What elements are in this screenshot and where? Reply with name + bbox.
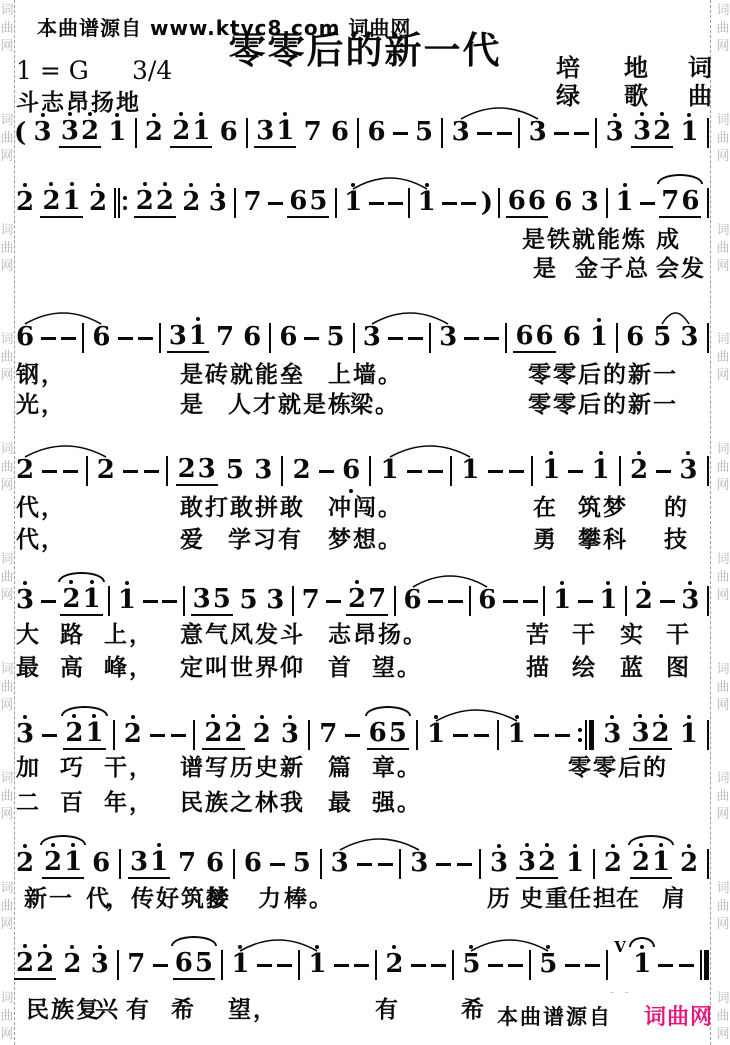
note: 2 — [14, 457, 36, 484]
note-digit: 6 — [288, 188, 308, 215]
note: 27 — [346, 586, 388, 616]
note: 3 — [527, 119, 549, 146]
octave-dot-above — [157, 843, 161, 847]
note-digits: 6 — [204, 850, 226, 877]
barline — [398, 849, 402, 879]
lyric-segment: 在 — [616, 886, 641, 911]
note-digits: 5 — [413, 119, 435, 146]
lyric-segment: 金子总 — [575, 256, 650, 281]
note-digit: 6 — [243, 850, 263, 877]
octave-dot-above — [23, 844, 27, 848]
duration-dash — [378, 863, 393, 866]
note-digit: 3 — [280, 721, 300, 748]
note-digit: 2 — [679, 850, 699, 877]
note-digit: 2 — [35, 950, 55, 977]
note: 31 — [254, 118, 296, 148]
duration-dash — [388, 202, 403, 205]
barline — [449, 456, 453, 486]
note: 3 — [329, 850, 351, 877]
barline — [498, 188, 500, 218]
watermark-char: 曲 — [716, 681, 729, 694]
duration-dash — [464, 337, 479, 340]
note-digit: 5 — [212, 586, 232, 613]
tie-hat — [657, 174, 703, 184]
note-digits: 3 — [32, 119, 54, 146]
octave-dot-above — [260, 715, 264, 719]
barline — [369, 456, 371, 486]
duration-dash — [431, 964, 446, 967]
note: 66 — [506, 188, 548, 218]
note-digits: 7 — [317, 721, 339, 748]
note-digits: 5 — [651, 324, 673, 351]
note-digit: 3 — [605, 119, 625, 146]
duration-dash — [574, 132, 589, 135]
barline — [281, 456, 283, 486]
note: 32 — [59, 118, 101, 148]
watermark-char: 网 — [0, 40, 13, 53]
barline — [625, 586, 627, 616]
barline — [497, 188, 501, 218]
duration-dash — [257, 964, 272, 967]
note-digits: 1 — [379, 457, 401, 484]
note-digit: 3 — [409, 850, 429, 877]
footer-brand-logo: 词曲网 — [644, 1000, 713, 1031]
lyric-segment: 上墙。 — [328, 362, 403, 387]
lyric-segment: 定叫世界仰 — [180, 655, 305, 680]
octave-dot-above — [686, 451, 690, 455]
note-digits: 3 — [279, 721, 301, 748]
watermark-text: 词曲网 — [716, 553, 729, 602]
duration-dash — [63, 470, 78, 473]
duration-dash — [523, 600, 538, 603]
octave-dot-above — [43, 944, 47, 948]
duration-dash — [138, 337, 153, 340]
barline — [504, 323, 508, 353]
octave-dot-above — [659, 714, 663, 718]
note-digits: 32 — [516, 849, 558, 879]
duration-dash — [640, 202, 655, 205]
barline — [594, 118, 598, 148]
barline — [86, 456, 88, 486]
note-digit: 3 — [197, 456, 217, 483]
note-digit: 2 — [15, 457, 35, 484]
duration-dash — [508, 964, 523, 967]
tie-hat — [628, 835, 674, 845]
duration-dash — [150, 734, 165, 737]
lyric-segment: 零零后的新一 — [528, 362, 678, 387]
barline — [595, 118, 597, 148]
duration-dash — [488, 470, 503, 473]
watermark-char: 曲 — [0, 681, 13, 694]
note-digit: 2 — [537, 849, 557, 876]
note-digits: 3 — [679, 587, 701, 614]
note: 6 — [277, 324, 299, 351]
note: 3 — [604, 119, 626, 146]
credit-char: 培 — [556, 56, 580, 80]
watermark-char: 词 — [716, 992, 729, 1005]
note-digits: 6 — [218, 119, 240, 146]
note: 5 — [291, 850, 313, 877]
watermark-text: 词曲网 — [0, 443, 13, 492]
note: 2 — [678, 850, 700, 877]
note: 6 — [365, 119, 387, 146]
note-digit: 1 — [679, 721, 699, 748]
duration-dash — [488, 470, 503, 473]
duration-dash — [411, 964, 426, 967]
note-digits: 6 — [561, 324, 583, 351]
barline — [399, 849, 401, 879]
duration-dash — [393, 132, 408, 135]
note: 3 — [579, 189, 601, 216]
watermark-text: 词曲网 — [0, 333, 13, 382]
note-digit: 2 — [15, 850, 35, 877]
octave-dot-above — [469, 945, 473, 949]
note-digit: 1 — [188, 323, 208, 350]
lyric-segment: 最 — [328, 790, 353, 815]
begin-repeat — [113, 188, 129, 218]
lyric-segment: 力 — [258, 886, 283, 911]
lyric-segment: 描 — [526, 655, 551, 680]
note-digits: 5 — [237, 587, 259, 614]
note-digit: 5 — [388, 720, 408, 747]
note-digits: 1 — [588, 324, 610, 351]
note-digits: 5 — [224, 457, 246, 484]
note: 32 — [631, 118, 673, 148]
note-digit: 2 — [155, 188, 175, 215]
note-digit: 7 — [318, 721, 338, 748]
barline — [700, 950, 702, 980]
watermark-char: 曲 — [716, 790, 729, 803]
note-digit: 6 — [91, 850, 111, 877]
lyric-segment: 意气风发斗 — [180, 622, 305, 647]
note-digit: 7 — [367, 586, 387, 613]
lyric-segment: 零零后的新一 — [528, 392, 678, 417]
duration-dash — [319, 470, 334, 473]
watermark-char: 曲 — [0, 22, 13, 35]
octave-dot-above — [211, 714, 215, 718]
note: 7 — [214, 324, 236, 351]
note-digits: 7 — [242, 189, 264, 216]
note-digits: 3 — [408, 850, 430, 877]
duration-dash — [41, 600, 56, 603]
note-digits: 3 — [437, 324, 459, 351]
note-digits: 7 — [302, 119, 324, 146]
duration-dash — [497, 132, 512, 135]
note-digit: 2 — [252, 721, 272, 748]
note-digit: 7 — [126, 951, 146, 978]
sheet-music-page: 词曲网词曲网词曲网词曲网词曲网词曲网词曲网词曲网词曲网词曲网 词曲网词曲网词曲网… — [0, 0, 730, 1045]
octave-dot-above — [98, 945, 102, 949]
barline — [429, 323, 431, 353]
note-digits: 2 — [628, 457, 650, 484]
barline — [280, 456, 284, 486]
note-digits: 1 — [416, 189, 438, 216]
octave-dot-above — [163, 182, 167, 186]
note-digits: 5 — [460, 951, 482, 978]
note-digit: 1 — [307, 951, 327, 978]
octave-dot-above — [238, 945, 242, 949]
lyric-segment: 望， — [228, 997, 278, 1022]
note-digits: 3 — [678, 324, 700, 351]
duration-dash — [565, 964, 580, 967]
duration-dash — [41, 337, 56, 340]
watermark-text: 词曲网 — [0, 882, 13, 931]
barline — [116, 950, 120, 980]
watermark-text: 词曲网 — [716, 114, 729, 163]
note-digits: 32 — [631, 118, 673, 148]
note: 21 — [630, 849, 672, 879]
note-digit: 1 — [107, 119, 127, 146]
note-digit: 6 — [366, 119, 386, 146]
note-digits: 65 — [367, 720, 409, 750]
lyric-segment: 二 — [16, 790, 41, 815]
note-digits: 1 — [678, 721, 700, 748]
octave-dot-above — [88, 112, 92, 116]
barline — [528, 950, 532, 980]
watermark-char: 词 — [0, 992, 13, 1005]
note: 1 — [597, 587, 619, 614]
lyric-segment: 干 — [572, 622, 597, 647]
note-digits: 2 — [122, 721, 144, 748]
lyric-segment: 篇 — [328, 755, 353, 780]
note-digit: 3 — [680, 587, 700, 614]
lyric-segment: 是砖就能垒 — [180, 362, 305, 387]
note: 3 — [488, 850, 510, 877]
watermark-char: 词 — [716, 882, 729, 895]
note-digit: 2 — [384, 951, 404, 978]
barline — [408, 188, 410, 218]
duration-dash — [153, 964, 168, 967]
lyric-segment: 冲闯。 — [328, 495, 403, 520]
lyric-segment: 路 — [60, 622, 85, 647]
lyric-segment: 新一 — [24, 886, 74, 911]
duration-dash — [448, 600, 463, 603]
note-digit: 2 — [135, 188, 155, 215]
barline — [543, 586, 545, 616]
duration-dash — [523, 600, 538, 603]
note-digits: 6 — [329, 119, 351, 146]
note-digit: 7 — [301, 587, 321, 614]
note-digits: 2 — [291, 457, 313, 484]
note-digits: 1 — [306, 951, 328, 978]
note: 1 — [590, 457, 612, 484]
note-digit: 6 — [278, 324, 298, 351]
note: 3 — [678, 324, 700, 351]
note-digits: 22 — [134, 188, 176, 218]
duration-dash — [428, 470, 443, 473]
lyric-segment: 是 — [180, 392, 205, 417]
watermark-char: 曲 — [0, 351, 13, 364]
barline — [356, 118, 360, 148]
note-digits: 1 — [342, 189, 364, 216]
duration-dash — [150, 734, 165, 737]
watermark-char: 词 — [716, 553, 729, 566]
octave-dot-above — [68, 112, 72, 116]
barline — [606, 950, 608, 980]
note-digits: 76 — [659, 188, 701, 218]
octave-dot-above — [392, 945, 396, 949]
duration-dash — [640, 202, 655, 205]
barline — [233, 849, 235, 879]
note-digit: 2 — [43, 849, 63, 876]
watermark-char: 词 — [716, 333, 729, 346]
note: 3 — [361, 324, 383, 351]
octave-dot-above — [96, 183, 100, 187]
watermark-char: 曲 — [0, 461, 13, 474]
note-digits: 1 — [631, 951, 653, 978]
note-digits: 21 — [630, 849, 672, 879]
note-digit: 6 — [403, 587, 423, 614]
note-digits: 1 — [459, 457, 481, 484]
note: 7 — [242, 189, 264, 216]
barline — [85, 456, 89, 486]
note: 35 — [191, 586, 233, 616]
watermark-char: 词 — [0, 443, 13, 456]
note: 22 — [202, 720, 244, 750]
note-digit: 2 — [177, 456, 197, 483]
octave-dot-above — [642, 581, 646, 585]
watermark-char: 网 — [0, 1028, 13, 1041]
barline — [335, 188, 337, 218]
duration-dash — [42, 470, 57, 473]
lyric-segment: 谱写历史新 — [180, 755, 305, 780]
note-digits: 3 — [329, 850, 351, 877]
note-digits: 1 — [590, 457, 612, 484]
watermark-char: 曲 — [716, 900, 729, 913]
note-digit: 2 — [223, 720, 243, 747]
barline — [706, 118, 710, 148]
watermark-char: 网 — [0, 699, 13, 712]
note-digit: 1 — [507, 721, 527, 748]
duration-dash — [393, 132, 408, 135]
note-digits: 7 — [176, 850, 198, 877]
octave-dot-above — [549, 451, 553, 455]
notation-line-1: (33212216317665333321 — [14, 116, 710, 150]
octave-dot-above — [638, 714, 642, 718]
octave-dot-above — [125, 581, 129, 585]
barline — [374, 950, 378, 980]
note-digits: 6 — [402, 587, 424, 614]
notation-line-4: 22235326111123 — [14, 454, 710, 488]
note: 1 — [678, 119, 700, 146]
duration-dash — [369, 202, 384, 205]
note-digits: 7 — [214, 324, 236, 351]
barline — [334, 188, 338, 218]
notation-line-8: 222376511255V1 — [14, 948, 710, 982]
duration-dash — [268, 202, 283, 205]
barline — [478, 849, 482, 879]
notation-line-7: 22163176653333212212 — [14, 847, 710, 881]
duration-dash — [453, 734, 468, 737]
note-digits: 2 — [87, 189, 109, 216]
barline — [707, 188, 709, 218]
watermark-char: 网 — [0, 479, 13, 492]
barline — [234, 188, 236, 218]
lyric-segment: 章。 — [372, 755, 422, 780]
breath-mark: V — [614, 940, 626, 955]
barline — [469, 586, 471, 616]
note-digit: 3 — [192, 586, 212, 613]
note-digit: 2 — [181, 189, 201, 216]
duration-dash — [554, 132, 569, 135]
lyric-segment: 历 — [487, 886, 512, 911]
note: 23 — [176, 456, 218, 486]
barline — [707, 849, 709, 879]
lyric-segment: 代， — [16, 495, 66, 520]
watermark-char: 词 — [0, 882, 13, 895]
duration-dash — [585, 964, 600, 967]
barline — [182, 586, 186, 616]
note-digits: 6 — [340, 457, 362, 484]
note-digit: 1 — [589, 324, 609, 351]
note: 1 — [540, 457, 562, 484]
lyric-segment: 民族之林我 — [180, 790, 305, 815]
watermark-char: 曲 — [0, 790, 13, 803]
duration-dash — [578, 600, 593, 603]
barline — [183, 586, 185, 616]
note-digit: 3 — [168, 323, 188, 350]
duration-dash — [388, 337, 403, 340]
octave-dot-above — [23, 183, 27, 187]
barline — [440, 118, 444, 148]
note-digits: 2 — [14, 457, 36, 484]
octave-dot-above — [425, 183, 429, 187]
note: 1 — [551, 587, 573, 614]
note-digit: 3 — [90, 951, 110, 978]
duration-dash — [408, 337, 423, 340]
note-digit: 3 — [362, 324, 382, 351]
lyric-segment: 年， — [104, 790, 154, 815]
lyric-segment: 有 — [126, 997, 151, 1022]
note-digit: 5 — [538, 951, 558, 978]
note: 1 — [506, 721, 528, 748]
note-digits: 2 — [678, 850, 700, 877]
watermark-char: 网 — [0, 918, 13, 931]
duration-dash — [143, 600, 158, 603]
lyric-segment: 首 — [328, 655, 353, 680]
duration-dash — [484, 337, 499, 340]
octave-dot-above — [623, 183, 627, 187]
duration-dash — [658, 964, 673, 967]
note-digits: 23 — [176, 456, 218, 486]
note: 6 — [561, 324, 583, 351]
watermark-char: 词 — [0, 553, 13, 566]
note-digits: 1 — [506, 721, 528, 748]
note-digit: 2 — [61, 586, 81, 613]
duration-dash — [407, 470, 422, 473]
end-repeat — [576, 720, 595, 750]
note: 6 — [340, 457, 362, 484]
lyric-segment: 志昂扬。 — [328, 622, 428, 647]
note-digit: 3 — [451, 119, 471, 146]
barline — [451, 950, 455, 980]
note-digit: 2 — [292, 457, 312, 484]
note-digit: 1 — [552, 587, 572, 614]
note-digit: 1 — [84, 720, 104, 747]
octave-dot-above — [560, 581, 564, 585]
note-digits: 1 — [597, 587, 619, 614]
duration-dash — [431, 964, 446, 967]
note-digits: 6 — [365, 119, 387, 146]
barline — [606, 188, 608, 218]
note-digit: 3 — [208, 189, 228, 216]
duration-dash — [428, 600, 443, 603]
watermark-char: 词 — [716, 4, 729, 17]
barline — [118, 188, 120, 218]
note: 1 — [116, 587, 138, 614]
barline — [308, 720, 310, 750]
note-digit: 5 — [238, 587, 258, 614]
